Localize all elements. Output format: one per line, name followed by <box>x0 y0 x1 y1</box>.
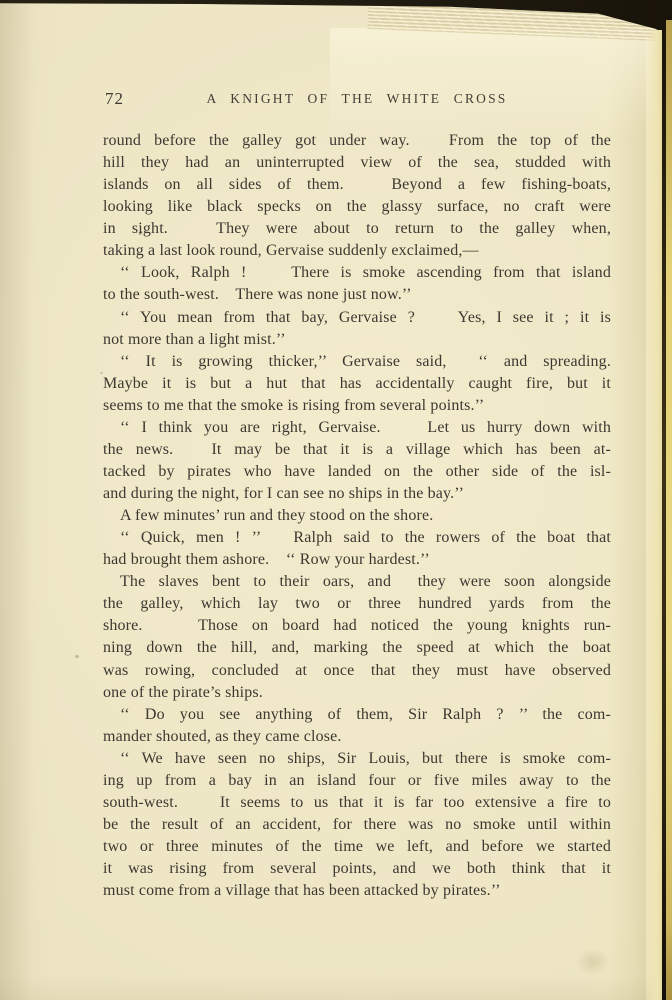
text-line: ning down the hill, and, marking the spe… <box>103 637 611 659</box>
text-line: ‘‘ Do you see anything of them, Sir Ralp… <box>103 704 611 726</box>
text-line: shore. Those on board had noticed the yo… <box>103 615 611 637</box>
text-line: taking a last look round, Gervaise sudde… <box>103 240 611 262</box>
paper-smudge <box>576 948 610 976</box>
text-line: seems to me that the smoke is rising fro… <box>103 395 611 417</box>
text-line: ‘‘ Quick, men ! ’’ Ralph said to the row… <box>103 527 611 549</box>
ink-speck <box>75 655 79 658</box>
page-header: 72 A KNIGHT OF THE WHITE CROSS <box>103 89 611 111</box>
bottom-shadow <box>0 974 672 1000</box>
right-page-shade <box>606 0 646 1000</box>
text-line: hill they had an uninterrupted view of t… <box>103 152 611 174</box>
text-line: and during the night, for I can see no s… <box>103 483 611 505</box>
paragraph: round before the galley got under way. F… <box>103 130 611 262</box>
text-line: ‘‘ You mean from that bay, Gervaise ? Ye… <box>103 307 611 329</box>
text-line: the news. It may be that it is a village… <box>103 439 611 461</box>
book-photo: { "colors": { "paper": "#ebe3c0", "ink":… <box>0 0 672 1000</box>
text-line: islands on all sides of them. Beyond a f… <box>103 174 611 196</box>
paragraph: ‘‘ Do you see anything of them, Sir Ralp… <box>103 704 611 748</box>
text-line: be the result of an accident, for there … <box>103 814 611 836</box>
text-line: must come from a village that has been a… <box>103 880 611 902</box>
text-line: south-west. It seems to us that it is fa… <box>103 792 611 814</box>
paragraph: The slaves bent to their oars, and they … <box>103 571 611 703</box>
text-line: looking like black specks on the glassy … <box>103 196 611 218</box>
left-gutter-shadow <box>0 0 34 1000</box>
text-line: ‘‘ Look, Ralph ! There is smoke ascendin… <box>103 262 611 284</box>
text-line: Maybe it is but a hut that has accidenta… <box>103 373 611 395</box>
text-block: round before the galley got under way. F… <box>103 130 611 902</box>
paragraph: ‘‘ Look, Ralph ! There is smoke ascendin… <box>103 262 611 306</box>
right-page-curl-highlight <box>646 30 662 1000</box>
text-line: to the south-west. There was none just n… <box>103 284 611 306</box>
top-light-band <box>330 28 664 138</box>
text-line: round before the galley got under way. F… <box>103 130 611 152</box>
paragraph: ‘‘ It is growing thicker,’’ Gervaise sai… <box>103 351 611 417</box>
paragraph: ‘‘ We have seen no ships, Sir Louis, but… <box>103 748 611 902</box>
paragraph: A few minutes’ run and they stood on the… <box>103 505 611 527</box>
text-line: the galley, which lay two or three hundr… <box>103 593 611 615</box>
text-line: ‘‘ I think you are right, Gervaise. Let … <box>103 417 611 439</box>
paragraph: ‘‘ You mean from that bay, Gervaise ? Ye… <box>103 307 611 351</box>
text-line: ‘‘ It is growing thicker,’’ Gervaise sai… <box>103 351 611 373</box>
paragraph: ‘‘ Quick, men ! ’’ Ralph said to the row… <box>103 527 611 571</box>
text-line: in sight. They were about to return to t… <box>103 218 611 240</box>
text-line: tacked by pirates who have landed on the… <box>103 461 611 483</box>
paragraph: ‘‘ I think you are right, Gervaise. Let … <box>103 417 611 505</box>
page-stack-edge-right <box>666 20 672 1000</box>
text-line: The slaves bent to their oars, and they … <box>103 571 611 593</box>
text-line: one of the pirate’s ships. <box>103 682 611 704</box>
running-title: A KNIGHT OF THE WHITE CROSS <box>103 91 611 107</box>
text-line: A few minutes’ run and they stood on the… <box>103 505 611 527</box>
text-line: ‘‘ We have seen no ships, Sir Louis, but… <box>103 748 611 770</box>
text-line: it was rising from several points, and w… <box>103 858 611 880</box>
text-line: not more than a light mist.’’ <box>103 329 611 351</box>
text-line: was rowing, concluded at once that they … <box>103 660 611 682</box>
text-line: had brought them ashore. ‘‘ Row your har… <box>103 549 611 571</box>
text-line: two or three minutes of the time we left… <box>103 836 611 858</box>
text-line: ing up from a bay in an island four or f… <box>103 770 611 792</box>
text-line: mander shouted, as they came close. <box>103 726 611 748</box>
